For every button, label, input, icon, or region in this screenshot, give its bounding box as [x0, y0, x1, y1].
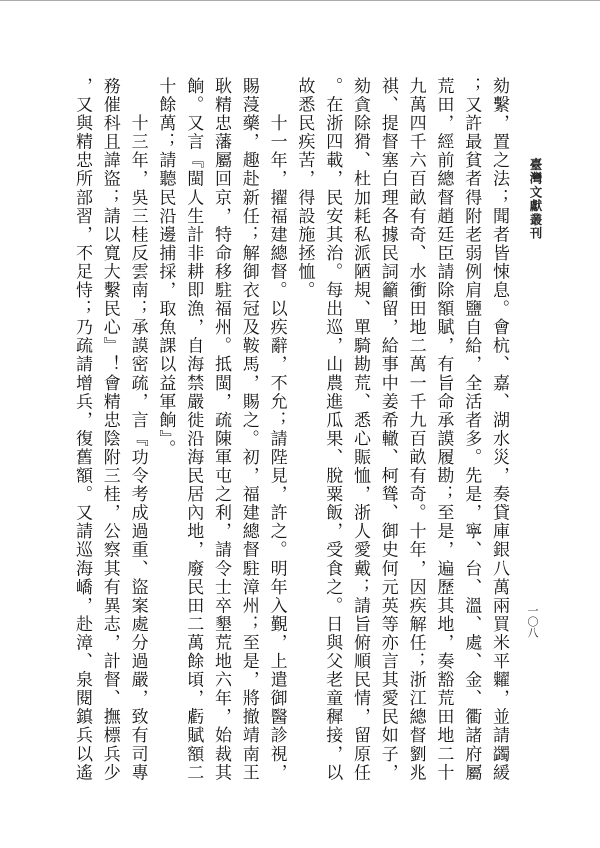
- text-column: 十餘萬；請聽民沿邊捕採，取魚課以益軍餉』。: [151, 77, 179, 458]
- text-column: ，又與精忠所部習，不足恃；乃疏請增兵，復舊額。又請巡海嶠，赴漳、泉閱鎮兵以遙: [68, 77, 96, 782]
- running-header: 臺灣文獻叢刊: [525, 158, 545, 240]
- text-column: ；又許最貧者得附老弱例肩鹽自給，全活者多。先是，寧、台、溫、處、金、衢諸府屬: [457, 77, 485, 782]
- text-column: 務催科且諱盜；請以寬大繫民心』！會精忠陰附三桂，公察其有異志，計督、撫標兵少: [96, 77, 124, 782]
- text-column: 故悉民疾苦，得設施拯恤。: [290, 77, 318, 300]
- text-column: 耿精忠藩屬回京，特命移駐福州。抵閩，疏陳軍屯之利，請令士卒墾荒地六年，始裁其: [207, 77, 235, 782]
- text-column: 九萬四千六百畝有奇、水衝田地二萬一千九百畝有奇。十年，因疾解任；浙江總督劉兆: [402, 77, 430, 782]
- document-page: 臺灣文獻叢刊 一〇八 劾繫，置之法；聞者皆悚息。會杭、嘉、湖水災，奏貸庫銀八萬兩…: [0, 0, 600, 848]
- text-column: 餉。又言『閩人生計非耕即漁，自海禁嚴徙沿海民居內地，廢民田二萬餘頃，虧賦額二: [179, 77, 207, 782]
- text-column: 劾貪除猾、杜加耗私派陋規、單騎勘荒、悉心賑恤，浙人愛戴；請旨俯順民情，留原任: [346, 77, 374, 782]
- text-column: 十一年，擢福建總督。以疾辭，不允；請陛見，許之。明年入覲，上遣御醫診視，: [263, 77, 291, 782]
- text-column: 。在浙四載，民安其治。每出巡，山農進瓜果、脫粟飯，受食之。日與父老童穉接，以: [318, 77, 346, 782]
- text-column: 劾繫，置之法；聞者皆悚息。會杭、嘉、湖水災，奏貸庫銀八萬兩買米平糶，並請蠲緩: [485, 77, 513, 782]
- text-column: 祺、提督塞白理各據民詞籲留，給事中姜希轍、柯聳、御史何元英等亦言其愛民如子，: [374, 77, 402, 782]
- text-column: 荒田，經前總督趙廷臣請除額賦，有旨命承謨履勘；至是，遍歷其地，奏豁荒田地二十: [429, 77, 457, 782]
- page-number: 一〇八: [522, 605, 542, 638]
- text-column: 賜蓡藥，趣赴新任；解御衣冠及鞍馬，賜之。初，福建總督駐漳州；至是，將撤靖南王: [235, 77, 263, 782]
- text-column: 十三年，吳三桂反雲南；承謨密疏，言『功令考成過重、盜案處分過嚴，致有司專: [124, 77, 152, 782]
